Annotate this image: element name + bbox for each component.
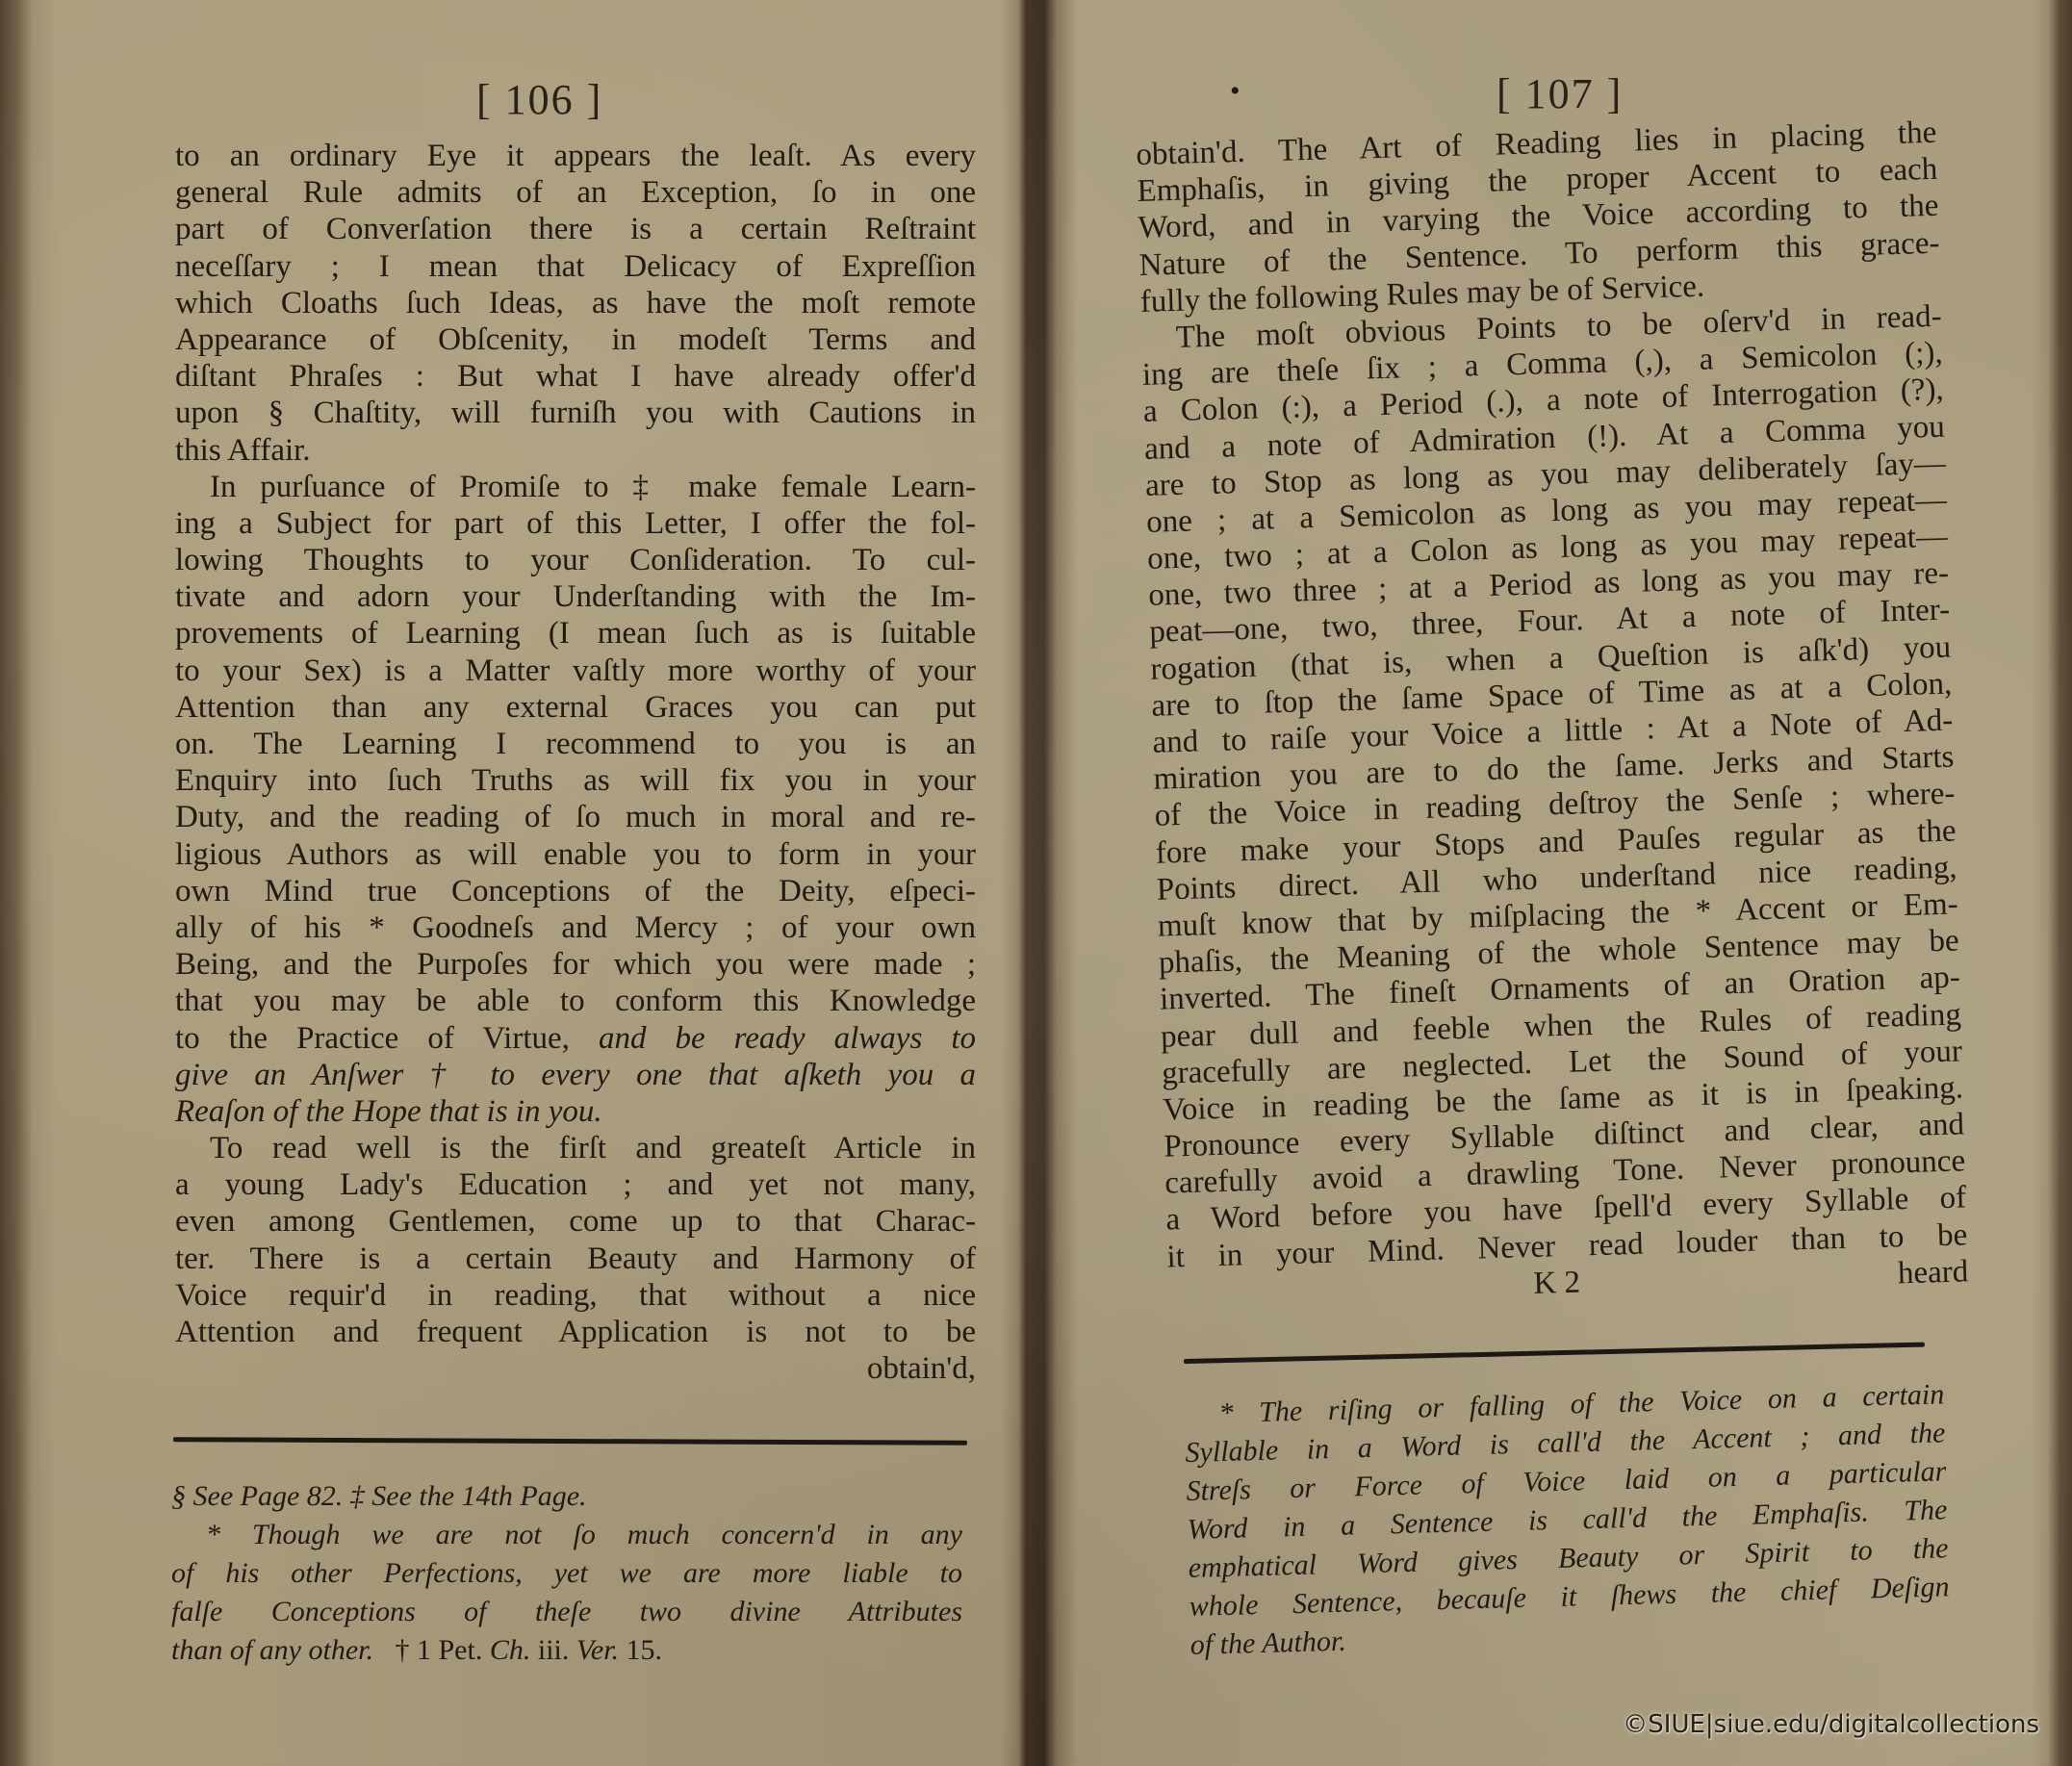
text-line: Voice requir'd in reading, that without …: [175, 1277, 976, 1314]
footnote-line: § See Page 82. ‡ See the 14th Page.: [171, 1477, 962, 1516]
footnote-rule: [1184, 1343, 1925, 1364]
text-line-mixed: to the Practice of Virtue, and be ready …: [175, 1020, 976, 1057]
footnote-text: than of any other.: [171, 1634, 373, 1666]
right-page: • [ 107 ] obtain'd. The Art of Reading l…: [1059, 0, 2040, 1766]
footnote-line: falſe Conceptions of theſe two divine At…: [171, 1593, 962, 1631]
text-line: Attention and frequent Application is no…: [175, 1314, 976, 1350]
text-line: to an ordinary Eye it appears the leaſt.…: [175, 138, 976, 174]
right-page-body: obtain'd. The Art of Reading lies in pla…: [1136, 115, 1969, 1313]
text-line: upon § Chaſtity, will furniſh you with C…: [175, 395, 976, 431]
italic-scripture-line: Reaſon of the Hope that is in you.: [175, 1093, 976, 1130]
text-line: lowing Thoughts to your Conſideration. T…: [175, 542, 976, 578]
text-line: Appearance of Obſcenity, in modeſt Terms…: [175, 321, 976, 358]
text-line: own Mind true Conceptions of the Deity, …: [175, 873, 976, 909]
paragraph-start-line: In purſuance of Promiſe to ‡ make female…: [175, 469, 976, 505]
text-line: that you may be able to conform this Kno…: [175, 983, 976, 1019]
ink-mark: •: [1230, 75, 1241, 108]
right-footnotes: * The riſing or falling of the Voice on …: [1184, 1375, 1951, 1665]
text-line: general Rule admits of an Exception, ſo …: [175, 174, 976, 211]
footnote-line: * Though we are not ſo much concern'd in…: [171, 1516, 962, 1554]
catchword: heard: [1897, 1253, 1968, 1292]
text-line: Enquiry into ſuch Truths as will fix you…: [175, 762, 976, 799]
text-line: part of Converſation there is a certain …: [175, 211, 976, 247]
text-line: which Cloaths ſuch Ideas, as have the mo…: [175, 285, 976, 321]
text-line: a young Lady's Education ; and yet not m…: [175, 1166, 976, 1203]
verse-number: 15.: [619, 1634, 662, 1666]
verse-abbrev: Ver.: [576, 1634, 619, 1666]
text-line: this Affair.: [175, 432, 976, 469]
text-line: ligious Authors as will enable you to fo…: [175, 836, 976, 873]
text-line: on. The Learning I recommend to you is a…: [175, 726, 976, 762]
left-page: [ 106 ] to an ordinary Eye it appears th…: [38, 0, 1020, 1766]
text-line: neceſſary ; I mean that Delicacy of Expr…: [175, 248, 976, 285]
paragraph-start-line: To read well is the firſt and greateſt A…: [175, 1130, 976, 1166]
text-line: Attention than any external Graces you c…: [175, 689, 976, 726]
text-line: Being, and the Purpoſes for which you we…: [175, 946, 976, 983]
footnote-rule: [173, 1437, 967, 1446]
text-line: ally of his * Goodneſs and Mercy ; of yo…: [175, 909, 976, 946]
text-line: ter. There is a certain Beauty and Harmo…: [175, 1241, 976, 1277]
italic-scripture-line: give an Anſwer † to every one that aſket…: [175, 1057, 976, 1093]
text-line: diſtant Phraſes : But what I have alread…: [175, 358, 976, 395]
chapter-abbrev: Ch.: [490, 1634, 531, 1666]
page-number-106: [ 106 ]: [476, 75, 602, 124]
footnote-line: than of any other. † 1 Pet. Ch. iii. Ver…: [171, 1631, 962, 1670]
chapter-number: iii.: [530, 1634, 576, 1666]
italic-scripture: and be ready always to: [599, 1021, 976, 1056]
text-line: ing a Subject for part of this Letter, I…: [175, 505, 976, 542]
text-line: to your Sex) is a Matter vaſtly more wor…: [175, 653, 976, 689]
text-line: even among Gentlemen, come up to that Ch…: [175, 1203, 976, 1240]
scripture-reference: † 1 Pet.: [396, 1634, 490, 1666]
page-number-107: [ 107 ]: [1496, 69, 1623, 118]
book-spread: [ 106 ] to an ordinary Eye it appears th…: [0, 0, 2072, 1766]
text-line: Duty, and the reading of ſo much in mora…: [175, 799, 976, 835]
left-footnotes: § See Page 82. ‡ See the 14th Page. * Th…: [171, 1477, 962, 1670]
copyright-watermark: ©SIUE|siue.edu/digitalcollections: [1623, 1710, 2039, 1739]
text-line: provements of Learning (I mean ſuch as i…: [175, 615, 976, 652]
catchword: obtain'd,: [175, 1350, 976, 1387]
footnote-line: of his other Perfections, yet we are mor…: [171, 1554, 962, 1593]
roman-text: to the Practice of Virtue,: [175, 1021, 599, 1056]
left-page-body: to an ordinary Eye it appears the leaſt.…: [175, 138, 976, 1387]
text-line: tivate and adorn your Underſtanding with…: [175, 578, 976, 615]
